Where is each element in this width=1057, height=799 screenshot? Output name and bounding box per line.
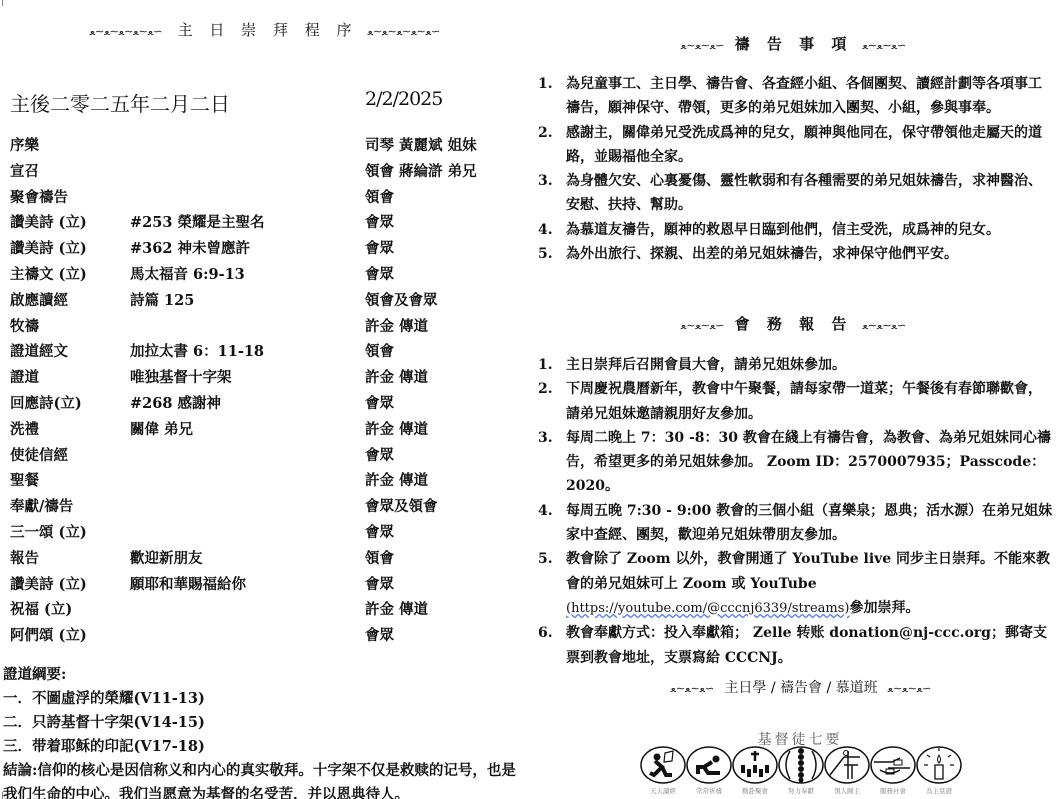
- congregation-cross-icon: [732, 745, 778, 785]
- ornament-icon: ﻌ∽ﻌ∽ﻌ∽: [671, 682, 715, 695]
- program-detail: 唯独基督十字架: [130, 368, 232, 388]
- announcement-item: 5.教會除了 Zoom 以外，教會開通了 YouTube live 同步主日崇拜…: [538, 547, 1053, 621]
- program-item: 序樂: [10, 136, 39, 156]
- program-detail: #253 榮耀是主聖名: [130, 213, 264, 233]
- caption: 領人歸主: [824, 786, 870, 795]
- program-row: 啟應讀經詩篇 125領會及會眾: [10, 291, 520, 317]
- program-row: 阿們頌 (立)會眾: [10, 626, 520, 652]
- classes-header: ﻌ∽ﻌ∽ﻌ∽ 主日學 / 禱告會 / 慕道班 ﻌ∽ﻌ∽ﻌ∽: [640, 677, 962, 697]
- ornament-icon: ﻌ∽ﻌ∽ﻌ∽: [681, 319, 725, 332]
- program-row: 讚美詩 (立)#253 榮耀是主聖名會眾: [10, 213, 520, 239]
- sermon-point: 三．带着耶稣的印記(V17-18): [3, 735, 523, 759]
- serving-hands-icon: [870, 745, 916, 785]
- program-item: 聖餐: [10, 471, 39, 491]
- program-person: 領會: [365, 342, 394, 362]
- announcements-list: 1.主日崇拜后召開會員大會，請弟兄姐妹參加。 2.下周慶祝農曆新年，教會中午聚餐…: [538, 353, 1053, 670]
- program-row: 祝福 (立)許金 傳道: [10, 600, 520, 626]
- program-row: 讚美詩 (立)願耶和華賜福給你會眾: [10, 575, 520, 601]
- sermon-outline: 證道綱要: 一．不圖虛浮的榮耀(V11-13) 二．只誇基督十字架(V14-15…: [3, 663, 523, 799]
- program-detail: 馬太福音 6:9-13: [130, 265, 245, 285]
- fish-coins-icon: [778, 745, 824, 785]
- ornament-icon: ﻌ∽ﻌ∽ﻌ∽: [681, 39, 725, 52]
- program-item: 牧禱: [10, 317, 39, 337]
- program-row: 證道唯独基督十字架許金 傳道: [10, 368, 520, 394]
- program-person: 會眾: [365, 446, 394, 466]
- caption: 常常祈禱: [686, 786, 732, 795]
- program-detail: #268 感謝神: [130, 394, 221, 414]
- ornament-icon: ﻌ∽ﻌ∽ﻌ∽: [863, 39, 907, 52]
- program-item: 使徒信經: [10, 446, 68, 466]
- reading-bible-icon: [640, 745, 686, 785]
- program-detail: 關偉 弟兄: [130, 420, 193, 440]
- ornament-icon: ﻌ∽ﻌ∽ﻌ∽ﻌ∽ﻌ∽: [90, 25, 163, 38]
- program-person: 領會: [365, 549, 394, 569]
- program-item: 報告: [10, 549, 39, 569]
- program-item: 啟應讀經: [10, 291, 68, 311]
- prayer-item: 5.為外出旅行、探親、出差的弟兄姐妹禱告，求神保守他們平安。: [538, 242, 1053, 266]
- program-item: 三一頌 (立): [10, 523, 87, 543]
- program-detail: #362 神未曾應許: [130, 239, 250, 259]
- worship-program-title: 主 日 崇 拜 程 序: [178, 21, 358, 39]
- program-row: 回應詩(立)#268 感謝神會眾: [10, 394, 520, 420]
- announcements-header: ﻌ∽ﻌ∽ﻌ∽ 會 務 報 告 ﻌ∽ﻌ∽ﻌ∽: [530, 313, 1057, 334]
- announcement-item: 6.教會奉獻方式：投入奉獻箱； Zelle 转账 donation@nj-ccc…: [538, 621, 1053, 670]
- program-row: 報告歡迎新朋友領會: [10, 549, 520, 575]
- announcement-item: 4.每周五晚 7:30 - 9:00 教會的三個小組（喜樂泉；恩典；活水源）在弟…: [538, 499, 1053, 548]
- program-row: 主禱文 (立)馬太福音 6:9-13會眾: [10, 265, 520, 291]
- prayer-item: 3.為身體欠安、心裏憂傷、靈性軟弱和有各種需要的弟兄姐妹禱告，求神醫治、安慰、扶…: [538, 169, 1053, 218]
- worship-program-header: ﻌ∽ﻌ∽ﻌ∽ﻌ∽ﻌ∽ 主 日 崇 拜 程 序 ﻌ∽ﻌ∽ﻌ∽ﻌ∽ﻌ∽: [0, 19, 530, 40]
- announcements-title: 會 務 報 告: [735, 315, 853, 333]
- program-row: 聚會禱告領會: [10, 188, 520, 214]
- date-chinese: 主後二零二五年二月二日: [10, 88, 230, 117]
- program-person: 會眾: [365, 239, 394, 259]
- program-detail: 加拉太書 6：11-18: [130, 342, 264, 362]
- program-person: 會眾: [365, 626, 394, 646]
- program-person: 許金 傳道: [365, 317, 428, 337]
- caption: 努力奉獻: [778, 786, 824, 795]
- program-item: 祝福 (立): [10, 600, 72, 620]
- program-item: 聚會禱告: [10, 188, 68, 208]
- classes-title: 主日學 / 禱告會 / 慕道班: [724, 680, 877, 696]
- program-person: 許金 傳道: [365, 471, 428, 491]
- program-person: 會眾: [365, 265, 394, 285]
- program-person: 領會及會眾: [365, 291, 438, 311]
- program-item: 讚美詩 (立): [10, 213, 87, 233]
- program-row: 序樂司琴 黃麗斌 姐妹: [10, 136, 520, 162]
- program-person: 會眾: [365, 575, 394, 595]
- program-person: 會眾: [365, 394, 394, 414]
- seven-essentials-captions: 天天讀經 常常祈禱 勤赴聚會 努力奉獻 領人歸主 服務社會 為主見證: [640, 786, 962, 795]
- caption: 勤赴聚會: [732, 786, 778, 795]
- crop-mark-top: [2, 0, 3, 6]
- sermon-outline-heading: 證道綱要:: [3, 663, 523, 687]
- program-item: 洗禮: [10, 420, 39, 440]
- prayer-item: 4.為慕道友禱告，願神的救恩早日臨到他們，信主受洗，成爲神的兒女。: [538, 218, 1053, 242]
- program-person: 會眾及領會: [365, 497, 438, 517]
- caption: 服務社會: [870, 786, 916, 795]
- program-item: 回應詩(立): [10, 394, 82, 414]
- ornament-icon: ﻌ∽ﻌ∽ﻌ∽ﻌ∽ﻌ∽: [368, 25, 441, 38]
- program-item: 主禱文 (立): [10, 265, 87, 285]
- kneeling-prayer-icon: [686, 745, 732, 785]
- sermon-conclusion: 結論:信仰的核心是因信称义和内心的真实敬拜。十字架不仅是救赎的记号，也是我们生命…: [3, 759, 523, 799]
- program-item: 證道經文: [10, 342, 68, 362]
- program-person: 司琴 黃麗斌 姐妹: [365, 136, 477, 156]
- announcement-item: 2.下周慶祝農曆新年，教會中午聚餐，請每家帶一道菜；午餐後有春節聯歡會，請弟兄姐…: [538, 377, 1053, 426]
- program-person: 領會 蔣綸滸 弟兄: [365, 162, 477, 182]
- program-row: 三一頌 (立)會眾: [10, 523, 520, 549]
- caption: 天天讀經: [640, 786, 686, 795]
- program-item: 奉獻/禱告: [10, 497, 73, 517]
- ornament-icon: ﻌ∽ﻌ∽ﻌ∽: [888, 682, 932, 695]
- caption: 為主見證: [916, 786, 962, 795]
- program-item: 讚美詩 (立): [10, 575, 87, 595]
- program-person: 會眾: [365, 213, 394, 233]
- youtube-link[interactable]: (https://youtube.com/@cccnj6339/streams): [566, 601, 849, 616]
- program-detail: 歡迎新朋友: [130, 549, 203, 569]
- program-list: 序樂司琴 黃麗斌 姐妹宣召領會 蔣綸滸 弟兄聚會禱告領會讚美詩 (立)#253 …: [10, 136, 520, 652]
- prayer-header: ﻌ∽ﻌ∽ﻌ∽ 禱 告 事 項 ﻌ∽ﻌ∽ﻌ∽: [530, 33, 1057, 54]
- program-person: 領會: [365, 188, 394, 208]
- candle-light-icon: [916, 745, 962, 785]
- program-person: 許金 傳道: [365, 368, 428, 388]
- prayer-title: 禱 告 事 項: [735, 35, 853, 53]
- ornament-icon: ﻌ∽ﻌ∽ﻌ∽: [863, 319, 907, 332]
- prayer-item: 1.為兒童事工、主日學、禱告會、各查經小組、各個團契、讀經計劃等各項事工禱告，願…: [538, 72, 1053, 121]
- program-detail: 願耶和華賜福給你: [130, 575, 246, 595]
- program-row: 宣召領會 蔣綸滸 弟兄: [10, 162, 520, 188]
- program-person: 許金 傳道: [365, 600, 428, 620]
- sermon-point: 二．只誇基督十字架(V14-15): [3, 711, 523, 735]
- leading-to-cross-icon: [824, 745, 870, 785]
- program-row: 洗禮關偉 弟兄許金 傳道: [10, 420, 520, 446]
- seven-essentials-icons: [640, 745, 962, 785]
- announcement-item: 1.主日崇拜后召開會員大會，請弟兄姐妹參加。: [538, 353, 1053, 377]
- program-item: 讚美詩 (立): [10, 239, 87, 259]
- program-row: 聖餐許金 傳道: [10, 471, 520, 497]
- program-detail: 詩篇 125: [130, 291, 194, 311]
- program-person: 許金 傳道: [365, 420, 428, 440]
- program-row: 讚美詩 (立)#362 神未曾應許會眾: [10, 239, 520, 265]
- prayer-list: 1.為兒童事工、主日學、禱告會、各查經小組、各個團契、讀經計劃等各項事工禱告，願…: [538, 72, 1053, 266]
- program-person: 會眾: [365, 523, 394, 543]
- program-row: 證道經文加拉太書 6：11-18領會: [10, 342, 520, 368]
- announcement-item: 3.每周二晚上 7：30 -8：30 教會在綫上有禱告會，為教會、為弟兄姐妹同心…: [538, 426, 1053, 499]
- program-item: 證道: [10, 368, 39, 388]
- program-row: 奉獻/禱告會眾及領會: [10, 497, 520, 523]
- date: 2/2/2025: [365, 88, 442, 110]
- sermon-point: 一．不圖虛浮的榮耀(V11-13): [3, 687, 523, 711]
- program-row: 使徒信經會眾: [10, 446, 520, 472]
- prayer-item: 2.感謝主，關偉弟兄受洗成爲神的兒女，願神與他同在，保守帶領他走屬天的道路，並賜…: [538, 121, 1053, 170]
- program-item: 宣召: [10, 162, 39, 182]
- program-item: 阿們頌 (立): [10, 626, 87, 646]
- program-row: 牧禱許金 傳道: [10, 317, 520, 343]
